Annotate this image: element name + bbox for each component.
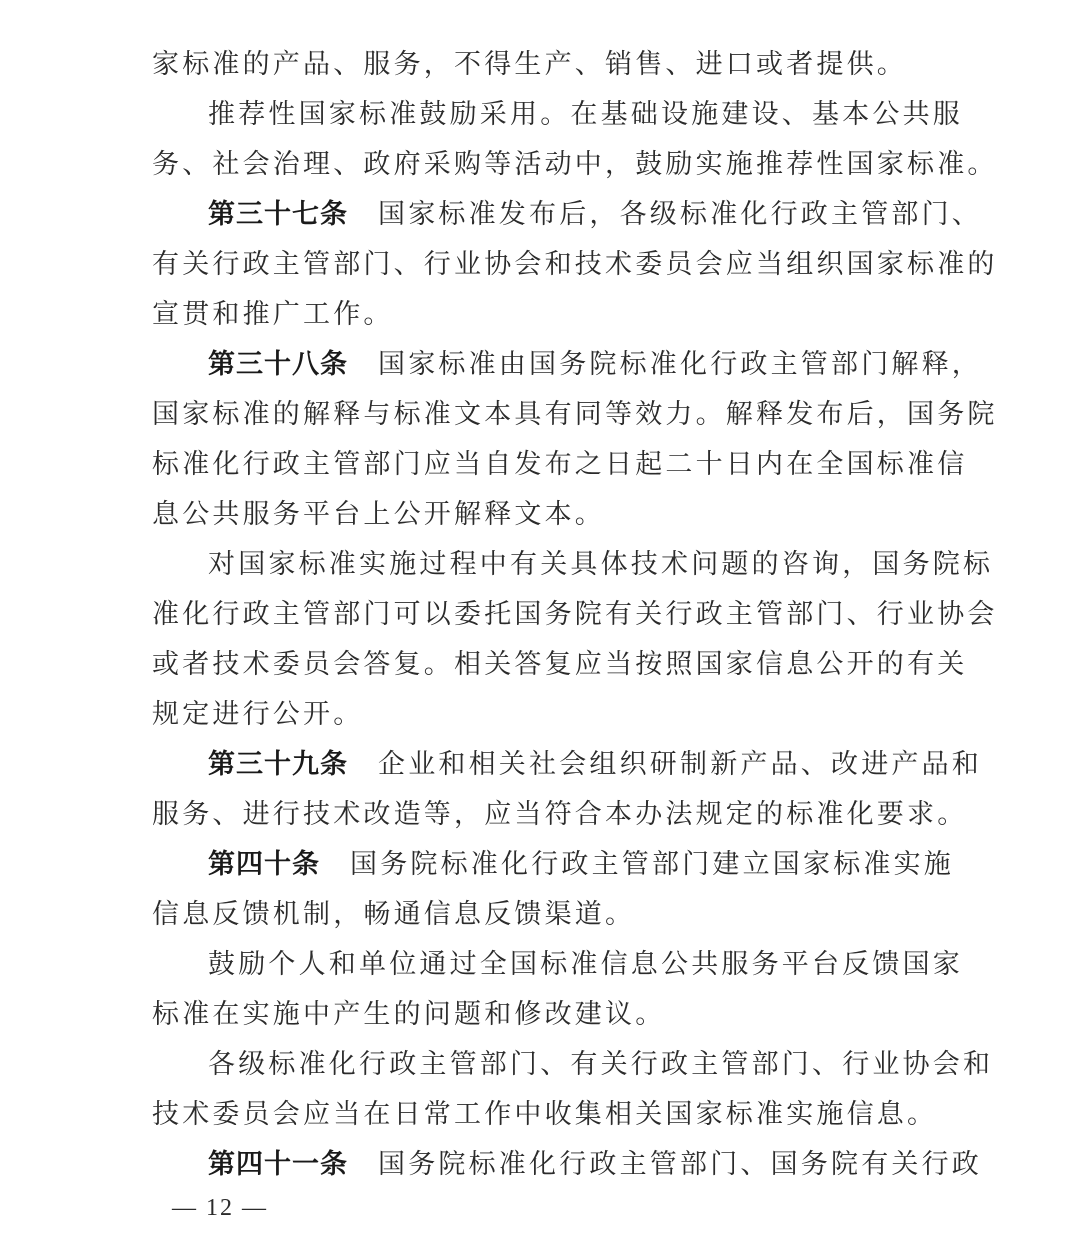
text-line: 标准在实施中产生的问题和修改建议。: [152, 990, 932, 1040]
text-line: 有关行政主管部门、行业协会和技术委员会应当组织国家标准的: [152, 240, 932, 290]
text-line: 国家标准的解释与标准文本具有同等效力。解释发布后，国务院: [152, 390, 932, 440]
article-text: 国家标准由国务院标准化行政主管部门解释，: [378, 349, 982, 380]
article-heading: 第三十八条: [208, 349, 348, 380]
text-line: 规定进行公开。: [152, 690, 932, 740]
paragraph-start: 鼓励个人和单位通过全国标准信息公共服务平台反馈国家: [152, 940, 932, 990]
article-39: 第三十九条企业和相关社会组织研制新产品、改进产品和: [152, 740, 932, 790]
article-text: 国务院标准化行政主管部门、国务院有关行政: [378, 1149, 982, 1180]
text-line: 息公共服务平台上公开解释文本。: [152, 490, 932, 540]
article-text: 国家标准发布后，各级标准化行政主管部门、: [378, 199, 982, 230]
text-line: 服务、进行技术改造等，应当符合本办法规定的标准化要求。: [152, 790, 932, 840]
text-line: 准化行政主管部门可以委托国务院有关行政主管部门、行业协会: [152, 590, 932, 640]
article-38: 第三十八条国家标准由国务院标准化行政主管部门解释，: [152, 340, 932, 390]
article-heading: 第三十七条: [208, 199, 348, 230]
text-line: 标准化行政主管部门应当自发布之日起二十日内在全国标准信: [152, 440, 932, 490]
text-line: 技术委员会应当在日常工作中收集相关国家标准实施信息。: [152, 1090, 932, 1140]
article-40: 第四十条国务院标准化行政主管部门建立国家标准实施: [152, 840, 932, 890]
article-text: 企业和相关社会组织研制新产品、改进产品和: [378, 749, 982, 780]
document-page: 家标准的产品、服务，不得生产、销售、进口或者提供。 推荐性国家标准鼓励采用。在基…: [152, 40, 932, 1190]
page-number: — 12 —: [172, 1190, 268, 1226]
paragraph-start: 推荐性国家标准鼓励采用。在基础设施建设、基本公共服: [152, 90, 932, 140]
article-text: 国务院标准化行政主管部门建立国家标准实施: [350, 849, 954, 880]
paragraph-start: 各级标准化行政主管部门、有关行政主管部门、行业协会和: [152, 1040, 932, 1090]
text-line: 宣贯和推广工作。: [152, 290, 932, 340]
text-line: 信息反馈机制，畅通信息反馈渠道。: [152, 890, 932, 940]
paragraph-start: 对国家标准实施过程中有关具体技术问题的咨询，国务院标: [152, 540, 932, 590]
text-line: 务、社会治理、政府采购等活动中，鼓励实施推荐性国家标准。: [152, 140, 932, 190]
article-heading: 第四十条: [208, 849, 320, 880]
text-line: 家标准的产品、服务，不得生产、销售、进口或者提供。: [152, 40, 932, 90]
article-heading: 第四十一条: [208, 1149, 348, 1180]
text-line: 或者技术委员会答复。相关答复应当按照国家信息公开的有关: [152, 640, 932, 690]
article-37: 第三十七条国家标准发布后，各级标准化行政主管部门、: [152, 190, 932, 240]
article-heading: 第三十九条: [208, 749, 348, 780]
article-41: 第四十一条国务院标准化行政主管部门、国务院有关行政: [152, 1140, 932, 1190]
